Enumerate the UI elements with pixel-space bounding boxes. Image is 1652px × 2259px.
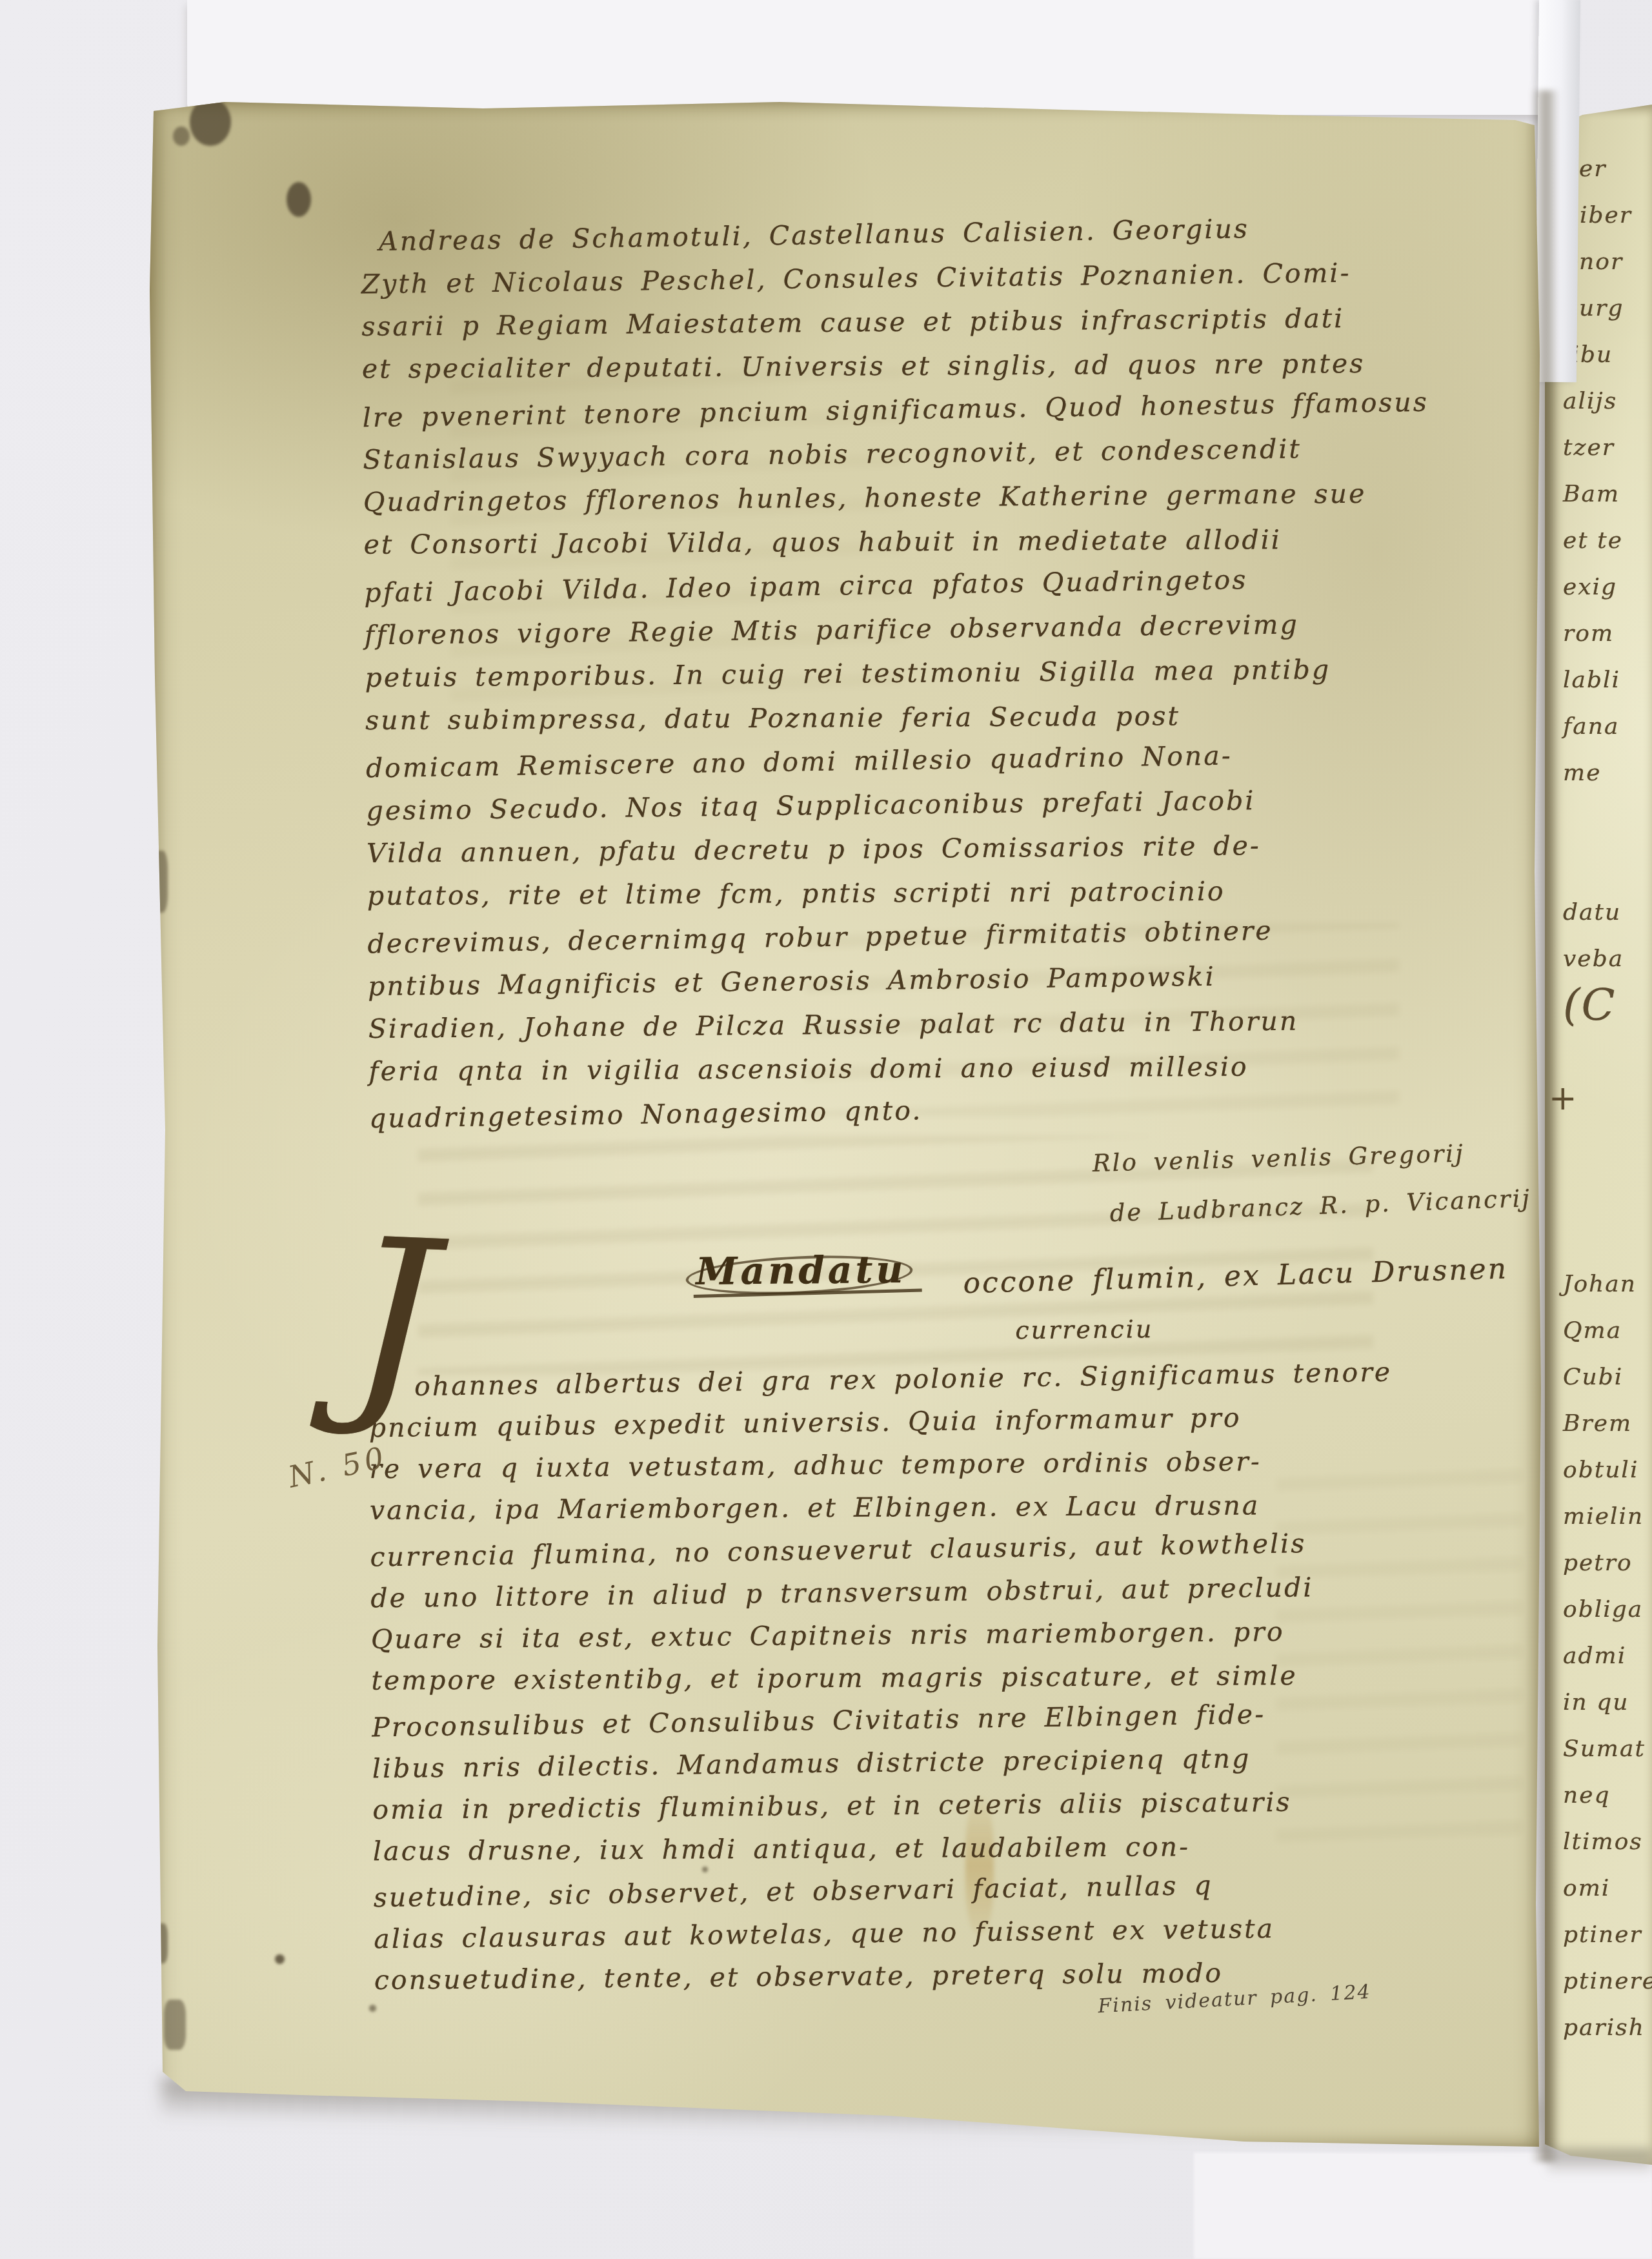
adjacent-page-text-fragment: tzer — [1545, 425, 1652, 471]
text-line: pfati Jacobi Vilda. Ideo ipam circa pfat… — [364, 562, 1248, 611]
adjacent-page-text-fragment: Bam — [1545, 471, 1652, 518]
adjacent-page-text-fragment: obliga — [1545, 1586, 1652, 1633]
adjacent-page-text-fragment: Sumat — [1545, 1726, 1652, 1772]
text-line: Vilda annuen, pfatu decretu p ipos Comis… — [367, 827, 1261, 871]
adjacent-page-text-fragment — [1545, 843, 1652, 889]
adjacent-page-text-fragment — [1545, 1029, 1652, 1075]
text-line: et specialiter deputati. Universis et si… — [362, 345, 1365, 387]
adjacent-page-text-fragment: ltimos — [1545, 1819, 1652, 1865]
margin-cross-mark: + — [1545, 1075, 1652, 1122]
adjacent-page-text-fragment: fana — [1545, 704, 1652, 750]
adjacent-page-text-fragment: Brem — [1545, 1401, 1652, 1447]
manuscript-page: Andreas de Schamotuli, Castellanus Calis… — [147, 97, 1544, 2153]
text-line: pncium quibus expedit universis. Quia in… — [368, 1399, 1241, 1446]
text-line: vancia, ipa Mariemborgen. et Elbingen. e… — [370, 1487, 1260, 1528]
text-line: putatos, rite et ltime fcm, pntis script… — [367, 873, 1225, 914]
text-line: alias clausuras aut kowtelas, que no fui… — [374, 1910, 1274, 1957]
text-line: Andreas de Schamotuli, Castellanus Calis… — [379, 210, 1250, 259]
text-line: suetudine, sic observet, et observari fa… — [373, 1867, 1213, 1916]
text-line: Proconsulibus et Consulibus Civitatis nr… — [372, 1696, 1266, 1746]
adjacent-page-text-fragment: in qu — [1545, 1679, 1652, 1726]
text-line: sunt subimpressa, datu Poznanie feria Se… — [365, 698, 1180, 738]
adjacent-page-text-fragment: Johan — [1545, 1261, 1652, 1308]
adjacent-page-text-fragment: parish — [1545, 2005, 1652, 2051]
adjacent-page-text-fragment: Qma — [1545, 1308, 1652, 1354]
text-line: quadringetesimo Nonagesimo qnto. — [369, 1092, 923, 1137]
text-line: lre pvenerint tenore pncium significamus… — [362, 384, 1429, 436]
adjacent-page-shadow — [1547, 2149, 1652, 2175]
rubric-heading-rest: occone flumin, ex Lacu Drusnen — [963, 1251, 1509, 1302]
photograph-background: { "document": { "kind_label": "manuscrip… — [0, 0, 1652, 2259]
text-line: petuis temporibus. In cuig rei testimoni… — [365, 651, 1331, 696]
adjacent-page-text-fragment: labli — [1545, 657, 1652, 704]
flyleaf-paper-top — [187, 0, 1555, 115]
text-line: currencia flumina, no consueverut clausu… — [370, 1525, 1306, 1575]
text-line: consuetudine, tente, et observate, prete… — [374, 1955, 1224, 1998]
text-line: fflorenos vigore Regie Mtis parifice obs… — [365, 606, 1300, 653]
adjacent-page-text-fragment: (C — [1545, 982, 1652, 1029]
adjacent-page-edge: perLiberpnorburglibualijstzerBamet teexi… — [1545, 105, 1652, 2165]
adjacent-page-text-fragment — [1545, 796, 1652, 843]
adjacent-page-text-fragment: veba — [1545, 936, 1652, 982]
text-line: Zyth et Nicolaus Peschel, Consules Civit… — [361, 255, 1351, 303]
text-line: ohannes albertus dei gra rex polonie rc.… — [414, 1354, 1393, 1404]
adjacent-page-text-fragment: me — [1545, 750, 1652, 796]
relacio-line: de Ludbrancz R. p. Vicancrij — [1109, 1180, 1532, 1231]
adjacent-page-text-fragment: exig — [1545, 564, 1652, 611]
rubric-heading-line2: currenciu — [1015, 1311, 1153, 1348]
adjacent-page-text-fragment — [1545, 1168, 1652, 1215]
adjacent-page-text-fragment: admi — [1545, 1633, 1652, 1679]
adjacent-page-text-fragment: omi — [1545, 1865, 1652, 1912]
text-line: domicam Remiscere ano domi millesio quad… — [366, 737, 1233, 786]
text-line: lacus drusne, iux hmdi antiqua, et lauda… — [373, 1828, 1190, 1869]
adjacent-page-text-fragment: datu — [1545, 889, 1652, 936]
text-line: et Consorti Jacobi Vilda, quos habuit in… — [363, 522, 1282, 563]
rubric-heading-word: Mandatu — [696, 1251, 907, 1290]
adjacent-page-text-fragment — [1545, 1215, 1652, 1261]
text-line: de uno littore in aliud p transversum ob… — [370, 1569, 1314, 1616]
adjacent-page-text-fragment: rom — [1545, 611, 1652, 657]
adjacent-page-text-fragment: neq — [1545, 1772, 1652, 1819]
text-line: Stanislaus Swyyach cora nobis recognovit… — [363, 431, 1302, 478]
adjacent-page-text-fragment: alijs — [1545, 378, 1652, 425]
adjacent-page-text-fragment: ptiner — [1545, 1912, 1652, 1958]
text-area: Andreas de Schamotuli, Castellanus Calis… — [145, 86, 1561, 2156]
text-line: Quadringetos fflorenos hunles, honeste K… — [363, 476, 1367, 520]
text-line: gesimo Secudo. Nos itaq Supplicaconibus … — [366, 782, 1255, 829]
text-line: Siradien, Johane de Pilcza Russie palat … — [368, 1003, 1299, 1047]
adjacent-page-text-fragment: ptinere — [1545, 1958, 1652, 2005]
adjacent-page-text-fragment: Cubi — [1545, 1354, 1652, 1401]
text-line: Quare si ita est, extuc Capitneis nris m… — [371, 1614, 1285, 1657]
relacio-line: Rlo venlis venlis Gregorij — [1092, 1135, 1465, 1182]
text-line: pntibus Magnificis et Generosis Ambrosio… — [368, 958, 1216, 1004]
adjacent-page-text-fragment: mielin — [1545, 1494, 1652, 1540]
adjacent-page-text-fragment: et te — [1545, 518, 1652, 564]
text-line: omia in predictis fluminibus, et in cete… — [372, 1784, 1292, 1828]
text-line: re vera q iuxta vetustam, adhuc tempore … — [369, 1443, 1262, 1487]
text-line: libus nris dilectis. Mandamus districte … — [372, 1740, 1251, 1787]
text-line: decrevimus, decernimgq robur ppetue firm… — [367, 913, 1273, 962]
adjacent-page-text-fragment — [1545, 1122, 1652, 1168]
text-line: tempore existentibg, et iporum magris pi… — [371, 1657, 1297, 1699]
text-line: ssarii p Regiam Maiestatem cause et ptib… — [361, 300, 1344, 345]
adjacent-page-text-fragment: obtuli — [1545, 1447, 1652, 1494]
text-line: feria qnta in vigilia ascensiois domi an… — [368, 1049, 1248, 1089]
adjacent-page-text-column: perLiberpnorburglibualijstzerBamet teexi… — [1545, 146, 1652, 2051]
adjacent-page-text-fragment: petro — [1545, 1540, 1652, 1586]
